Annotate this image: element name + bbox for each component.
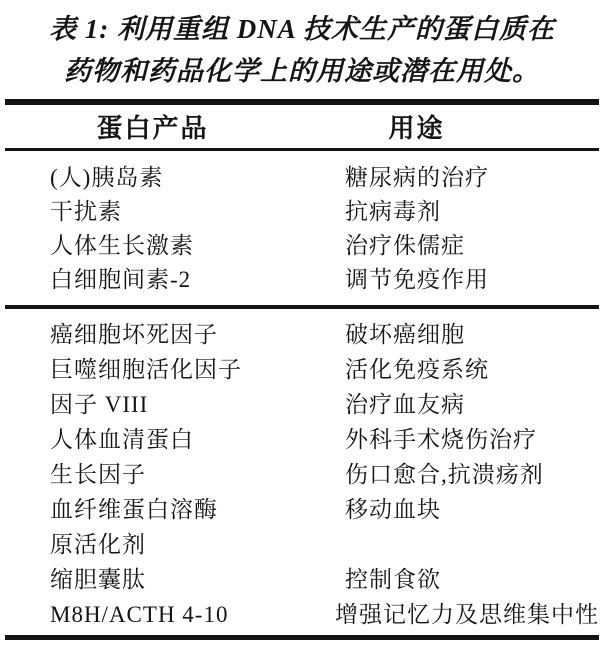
- use-cell: 控制食欲: [300, 562, 599, 597]
- use-cell: 糖尿病的治疗: [300, 161, 599, 195]
- table-row: 生长因子伤口愈合,抗溃疡剂: [5, 457, 599, 492]
- table-caption: 表 1: 利用重组 DNA 技术生产的蛋白质在 药物和药品化学上的用途或潜在用处…: [0, 0, 604, 92]
- use-cell: 治疗侏儒症: [300, 229, 599, 263]
- table-row: 血纤维蛋白溶酶移动血块: [5, 492, 599, 527]
- column-header-use: 用途: [300, 108, 599, 145]
- product-cell: 原活化剂: [5, 527, 300, 562]
- use-cell: [300, 527, 599, 562]
- column-header-product: 蛋白产品: [5, 108, 300, 145]
- table-row: (人)胰岛素糖尿病的治疗: [5, 161, 599, 195]
- table-section-1: (人)胰岛素糖尿病的治疗干扰素抗病毒剂人体生长激素治疗侏儒症白细胞间素-2调节免…: [5, 151, 599, 305]
- table-row: 原活化剂: [5, 527, 599, 562]
- product-cell: 人体血清蛋白: [5, 422, 300, 457]
- use-cell: 调节免疫作用: [300, 263, 599, 297]
- table-row: 白细胞间素-2调节免疫作用: [5, 263, 599, 297]
- table-header-row: 蛋白产品 用途: [5, 105, 599, 148]
- table-row: 缩胆囊肽控制食欲: [5, 562, 599, 597]
- table-row: 人体血清蛋白外科手术烧伤治疗: [5, 422, 599, 457]
- table-row: 因子 VIII治疗血友病: [5, 387, 599, 422]
- product-cell: 血纤维蛋白溶酶: [5, 492, 300, 527]
- use-cell: 破坏癌细胞: [300, 317, 599, 352]
- product-cell: (人)胰岛素: [5, 161, 300, 195]
- product-cell: 缩胆囊肽: [5, 562, 300, 597]
- product-cell: 巨噬细胞活化因子: [5, 352, 300, 387]
- table-section-2: 癌细胞坏死因子破坏癌细胞巨噬细胞活化因子活化免疫系统因子 VIII治疗血友病人体…: [5, 309, 599, 635]
- use-cell: 治疗血友病: [300, 387, 599, 422]
- product-cell: 生长因子: [5, 457, 300, 492]
- scanned-document-page: 表 1: 利用重组 DNA 技术生产的蛋白质在 药物和药品化学上的用途或潜在用处…: [0, 0, 604, 648]
- table-caption-line1: 表 1: 利用重组 DNA 技术生产的蛋白质在: [0, 8, 604, 50]
- product-cell: 干扰素: [5, 195, 300, 229]
- table-row: 人体生长激素治疗侏儒症: [5, 229, 599, 263]
- product-cell: 癌细胞坏死因子: [5, 317, 300, 352]
- table-row: 干扰素抗病毒剂: [5, 195, 599, 229]
- product-cell: 人体生长激素: [5, 229, 300, 263]
- table-caption-line2: 药物和药品化学上的用途或潜在用处。: [0, 50, 604, 92]
- table-row: 巨噬细胞活化因子活化免疫系统: [5, 352, 599, 387]
- use-cell: 增强记忆力及思维集中性: [290, 597, 599, 632]
- product-cell: 白细胞间素-2: [5, 263, 300, 297]
- use-cell: 移动血块: [300, 492, 599, 527]
- use-cell: 抗病毒剂: [300, 195, 599, 229]
- use-cell: 外科手术烧伤治疗: [300, 422, 599, 457]
- use-cell: 伤口愈合,抗溃疡剂: [300, 457, 599, 492]
- data-table: 蛋白产品 用途 (人)胰岛素糖尿病的治疗干扰素抗病毒剂人体生长激素治疗侏儒症白细…: [5, 99, 599, 640]
- table-row: 癌细胞坏死因子破坏癌细胞: [5, 317, 599, 352]
- product-cell: 因子 VIII: [5, 387, 300, 422]
- table-bottom-rule: [5, 635, 599, 640]
- product-cell: M8H/ACTH 4-10: [5, 597, 290, 632]
- use-cell: 活化免疫系统: [300, 352, 599, 387]
- table-row: M8H/ACTH 4-10增强记忆力及思维集中性: [5, 597, 599, 632]
